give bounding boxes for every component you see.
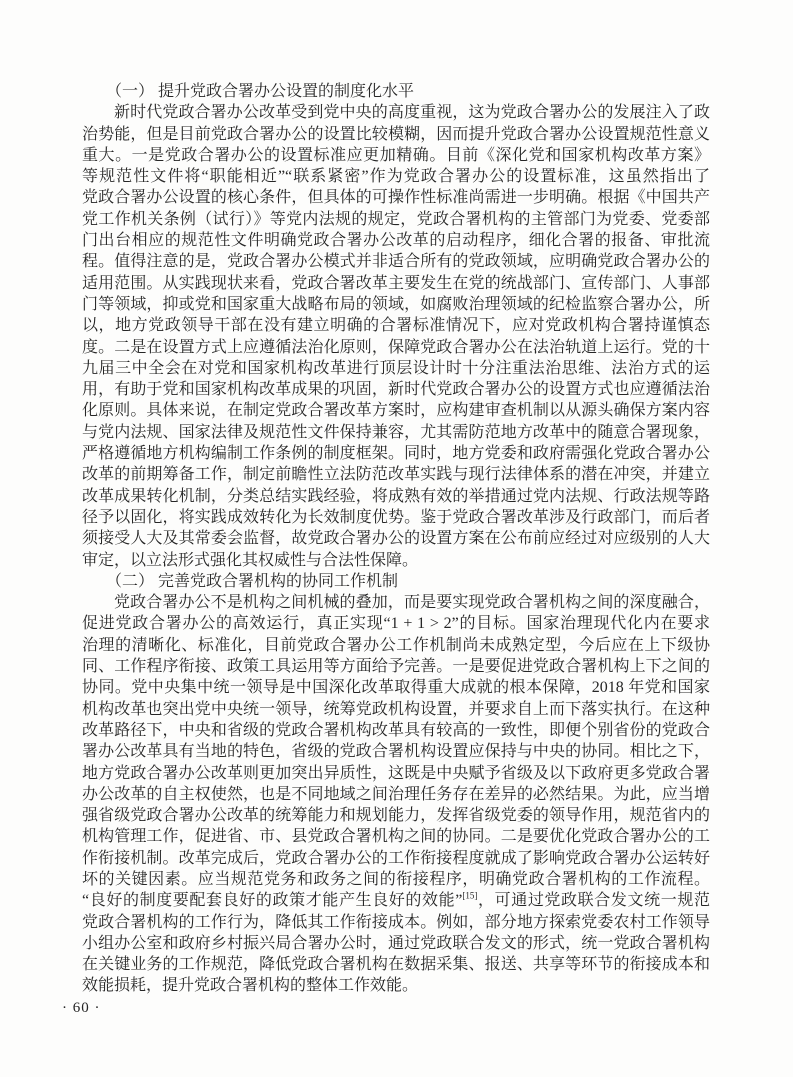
text-line: 程。值得注意的是，党政合署办公模式并非适合所有的党政领域，应明确党政合署办公的 <box>82 251 710 272</box>
document-body: （一） 提升党政合署办公设置的制度化水平新时代党政合署办公改革受到党中央的高度重… <box>82 81 710 997</box>
text-line: 以，地方党政领导干部在没有建立明确的合署标准情况下，应对党政机构合署持谨慎态 <box>82 315 710 336</box>
text-line: 办公改革的自主权使然，也是不同地域之间治理任务存在差异的必然结果。为此，应当增 <box>82 784 710 805</box>
text-line: 地方党政合署办公改革则更加突出异质性，这既是中央赋予省级及以下政府更多党政合署 <box>82 763 710 784</box>
paragraph: 新时代党政合署办公改革受到党中央的高度重视，这为党政合署办公的发展注入了政治势能… <box>82 102 710 571</box>
text-line: 党工作机关条例（试行）》等党内法规的规定，党政合署机构的主管部门为党委、党委部 <box>82 209 710 230</box>
text-line: 用，有助于党和国家机构改革成果的巩固，新时代党政合署办公的设置方式也应遵循法治 <box>82 379 710 400</box>
text-line: 严格遵循地方机构编制工作条例的制度框架。同时，地方党委和政府需强化党政合署办公 <box>82 443 710 464</box>
text-line: 在关键业务的工作规范，降低党政合署机构在数据采集、报送、共享等环节的衔接成本和 <box>82 954 710 975</box>
text-line: 机构改革也突出党中央统一领导，统筹党政机构设置，并要求自上而下落实执行。在这种 <box>82 699 710 720</box>
text-line: 党政合署办公不是机构之间机械的叠加，而是要实现党政合署机构之间的深度融合， <box>82 592 710 613</box>
text-line: 径予以固化，将实践成效转化为长效制度优势。鉴于党政合署改革涉及行政部门，而后者 <box>82 507 710 528</box>
text-line: 协同。党中央集中统一领导是中国深化改革取得重大成就的根本保障，2018 年党和国… <box>82 677 710 698</box>
section-heading: （一） 提升党政合署办公设置的制度化水平 <box>82 81 710 102</box>
text-line: 化原则。具体来说，在制定党政合署改革方案时，应构建审查机制以从源头确保方案内容 <box>82 400 710 421</box>
text-line: 机构管理工作，促进省、市、县党政合署机构之间的协同。二是要优化党政合署办公的工 <box>82 826 710 847</box>
text-line: 与党内法规、国家法律及规范性文件保持兼容，尤其需防范地方改革中的随意合署现象， <box>82 422 710 443</box>
text-line: 门等领域，抑或党和国家重大战略布局的领域，如腐败治理领域的纪检监察合署办公，所 <box>82 294 710 315</box>
text-line: 党政合署办公设置的核心条件，但具体的可操作性标准尚需进一步明确。根据《中国共产 <box>82 187 710 208</box>
section-heading: （二） 完善党政合署机构的协同工作机制 <box>82 571 710 592</box>
text-line: 治理的清晰化、标准化，目前党政合署办公工作机制尚未成熟定型，今后应在上下级协 <box>82 635 710 656</box>
text-line: 适用范围。从实践现状来看，党政合署改革主要发生在党的统战部门、宣传部门、人事部 <box>82 273 710 294</box>
text-line: 促进党政合署办公的高效运行，真正实现“1 + 1 > 2”的目标。国家治理现代化… <box>82 613 710 634</box>
text-line: 度。二是在设置方式上应遵循法治化原则，保障党政合署办公在法治轨道上运行。党的十 <box>82 337 710 358</box>
text-line: 同、工作程序衔接、政策工具运用等方面给予完善。一是要促进党政合署机构上下之间的 <box>82 656 710 677</box>
text-line: 效能损耗，提升党政合署机构的整体工作效能。 <box>82 975 710 996</box>
text-line: 新时代党政合署办公改革受到党中央的高度重视，这为党政合署办公的发展注入了政 <box>82 102 710 123</box>
text-line: 重大。一是党政合署办公的设置标准应更加精确。目前《深化党和国家机构改革方案》 <box>82 145 710 166</box>
text-line: 强省级党政合署办公改革的统筹能力和规划能力，发挥省级党委的领导作用，规范省内的 <box>82 805 710 826</box>
text-line: 坏的关键因素。应当规范党务和政务之间的衔接程序，明确党政合署机构的工作流程。 <box>82 869 710 890</box>
text-line: 门出台相应的规范性文件明确党政合署办公改革的启动程序，细化合署的报备、审批流 <box>82 230 710 251</box>
page-number: · 60 · <box>62 998 101 1019</box>
text-line: 作衔接机制。改革完成后，党政合署办公的工作衔接程度就成了影响党政合署办公运转好 <box>82 848 710 869</box>
text-line: 改革的前期筹备工作，制定前瞻性立法防范改革实践与现行法律体系的潜在冲突，并建立 <box>82 464 710 485</box>
text-line: 等规范性文件将“职能相近”“联系紧密”作为党政合署办公的设置标准，这虽然指出了 <box>82 166 710 187</box>
footnote-reference: [15] <box>462 891 477 901</box>
paragraph: 党政合署办公不是机构之间机械的叠加，而是要实现党政合署机构之间的深度融合，促进党… <box>82 592 710 997</box>
text-line: 治势能，但是目前党政合署办公的设置比较模糊，因而提升党政合署办公设置规范性意义 <box>82 124 710 145</box>
text-line: 审定，以立法形式强化其权威性与合法性保障。 <box>82 550 710 571</box>
document-page: （一） 提升党政合署办公设置的制度化水平新时代党政合署办公改革受到党中央的高度重… <box>0 0 793 1077</box>
text-line: 署办公改革具有当地的特色，省级的党政合署机构设置应保持与中央的协同。相比之下， <box>82 741 710 762</box>
text-line: 小组办公室和政府乡村振兴局合署办公时，通过党政联合发文的形式，统一党政合署机构 <box>82 933 710 954</box>
text-line: 党政合署机构的工作行为，降低其工作衔接成本。例如，部分地方探索党委农村工作领导 <box>82 912 710 933</box>
text-line: 须接受人大及其常委会监督，故党政合署办公的设置方案在公布前应经过对应级别的人大 <box>82 528 710 549</box>
text-line: “良好的制度要配套良好的政策才能产生良好的效能”[15]，可通过党政联合发文统一… <box>82 890 710 911</box>
text-line: 九届三中全会在对党和国家机构改革进行顶层设计时十分注重法治思维、法治方式的运 <box>82 358 710 379</box>
text-line: 改革成果转化机制，分类总结实践经验，将成熟有效的举措通过党内法规、行政法规等路 <box>82 486 710 507</box>
text-line: 改革路径下，中央和省级的党政合署机构改革具有较高的一致性，即便个别省份的党政合 <box>82 720 710 741</box>
